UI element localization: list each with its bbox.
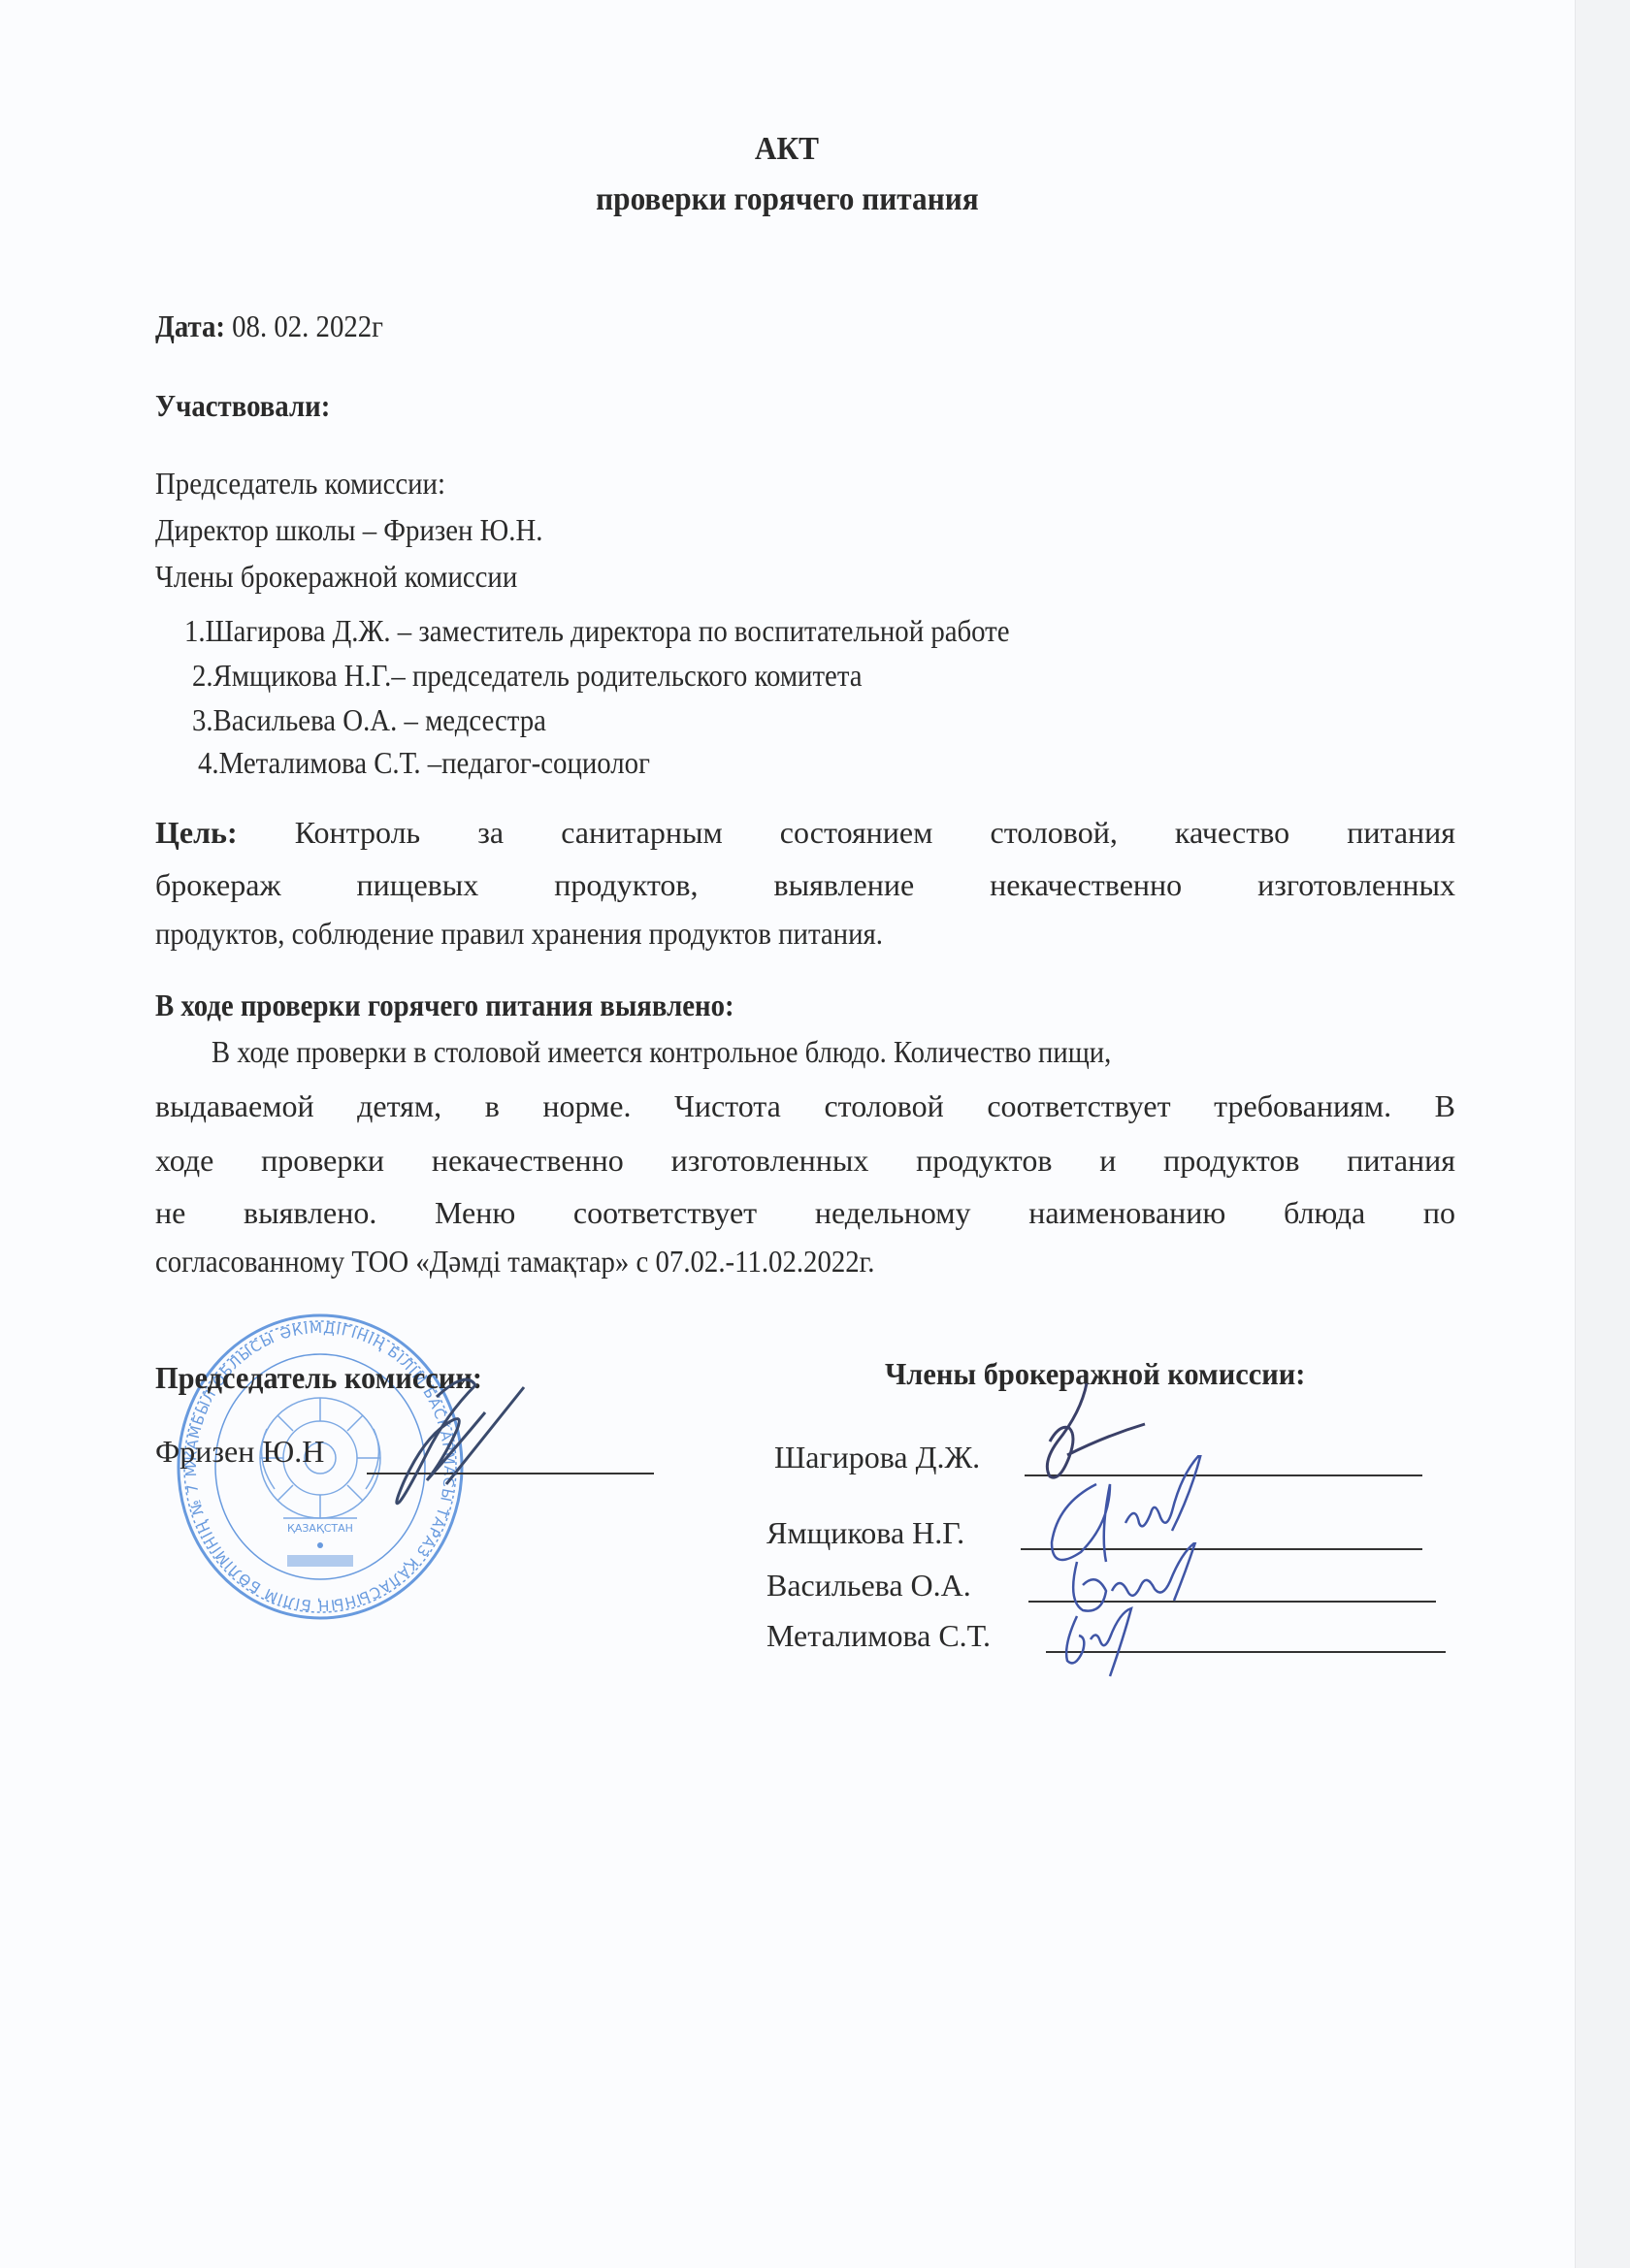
member-signature-line — [1046, 1651, 1446, 1653]
date-line: Дата: 08. 02. 2022г — [155, 307, 408, 345]
chair-line: Директор школы – Фризен Ю.Н. — [155, 510, 586, 549]
signature-member-name: Васильева О.А. — [766, 1566, 971, 1604]
members-heading: Члены брокеражной комиссии — [155, 557, 558, 596]
date-value: 08. 02. 2022г — [225, 308, 383, 343]
findings-line: выдаваемой детям, в норме. Чистота столо… — [155, 1086, 1455, 1125]
signature-chair-name: Фризен Ю.Н — [155, 1432, 324, 1471]
findings-line: ходе проверки некачественно изготовленны… — [155, 1141, 1455, 1180]
goal-label: Цель: — [155, 815, 238, 850]
findings-line: согласованному ТОО «Дәмді тамақтар» с 07… — [155, 1242, 955, 1280]
document-title: АКТ — [0, 130, 1574, 169]
member-item: 3.Васильева О.А. – медсестра — [192, 700, 585, 739]
member-signature-metalimova — [1048, 1601, 1164, 1688]
member-signature-shagirova — [1028, 1377, 1174, 1484]
findings-line: не выявлено. Меню соответствует недельно… — [155, 1193, 1455, 1232]
participants-heading: Участвовали: — [155, 386, 349, 425]
member-item: 1.Шагирова Д.Ж. – заместитель директора … — [184, 611, 1101, 650]
signature-member-name: Шагирова Д.Ж. — [774, 1438, 980, 1476]
date-label: Дата: — [155, 308, 225, 343]
stamp-center-text: ҚАЗАҚСТАН — [287, 1522, 353, 1535]
document-subtitle: проверки горячего питания — [0, 180, 1574, 219]
member-item: 2.Ямщикова Н.Г.– председатель родительск… — [192, 656, 936, 695]
signature-chair-heading: Председатель комиссии: — [155, 1358, 500, 1397]
chair-heading: Председатель комиссии: — [155, 464, 477, 502]
findings-line: В ходе проверки в столовой имеется контр… — [212, 1032, 1217, 1071]
goal-line: продуктов, соблюдение правил хранения пр… — [155, 914, 1455, 953]
goal-line: брокераж пищевых продуктов, выявление не… — [155, 865, 1455, 904]
member-item: 4.Металимова С.Т. –педагог-социолог — [198, 743, 701, 782]
signature-members-heading: Члены брокеражной комиссии: — [885, 1354, 1327, 1393]
chair-signature-line — [367, 1473, 654, 1474]
member-signature-vasilyeva — [1058, 1542, 1232, 1630]
goal-line: Цель: Контроль за санитарным состоянием … — [155, 813, 1455, 852]
signature-member-name: Ямщикова Н.Г. — [766, 1513, 964, 1552]
findings-heading: В ходе проверки горячего питания выявлен… — [155, 986, 799, 1024]
scan-edge-strip — [1575, 0, 1630, 2268]
member-signature-line — [1025, 1474, 1422, 1476]
signature-member-name: Металимова С.Т. — [766, 1616, 991, 1655]
member-signature-line — [1028, 1601, 1436, 1603]
member-signature-line — [1021, 1548, 1422, 1550]
